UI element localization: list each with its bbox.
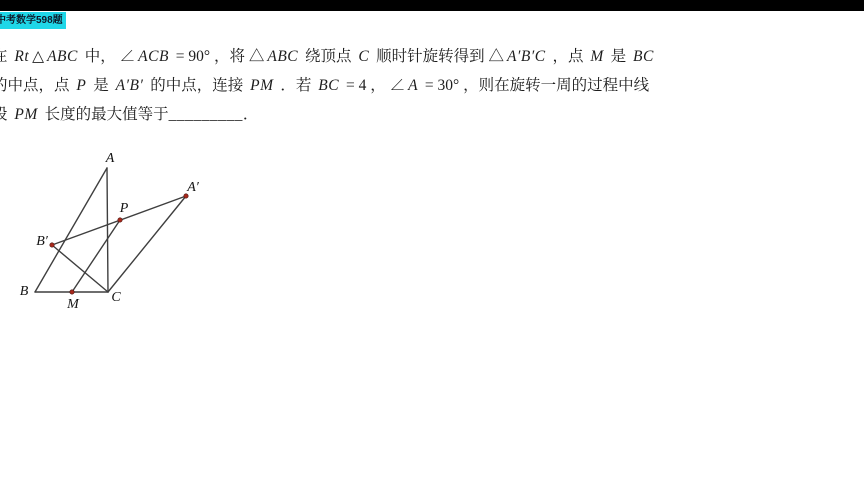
label-C: C bbox=[111, 290, 121, 305]
geometry-figure: AA′PB′BMC bbox=[0, 0, 864, 486]
label-A: A bbox=[105, 151, 115, 166]
point-B2 bbox=[50, 243, 54, 247]
point-M bbox=[70, 290, 74, 294]
label-P: P bbox=[119, 201, 129, 216]
point-P bbox=[118, 218, 122, 222]
label-A2: A′ bbox=[186, 180, 200, 195]
edge-B2-C bbox=[52, 245, 108, 292]
label-M: M bbox=[66, 297, 80, 312]
edge-A-C bbox=[107, 168, 108, 292]
label-B2: B′ bbox=[36, 234, 49, 249]
label-B: B bbox=[20, 284, 29, 299]
edge-A-B bbox=[35, 168, 107, 292]
